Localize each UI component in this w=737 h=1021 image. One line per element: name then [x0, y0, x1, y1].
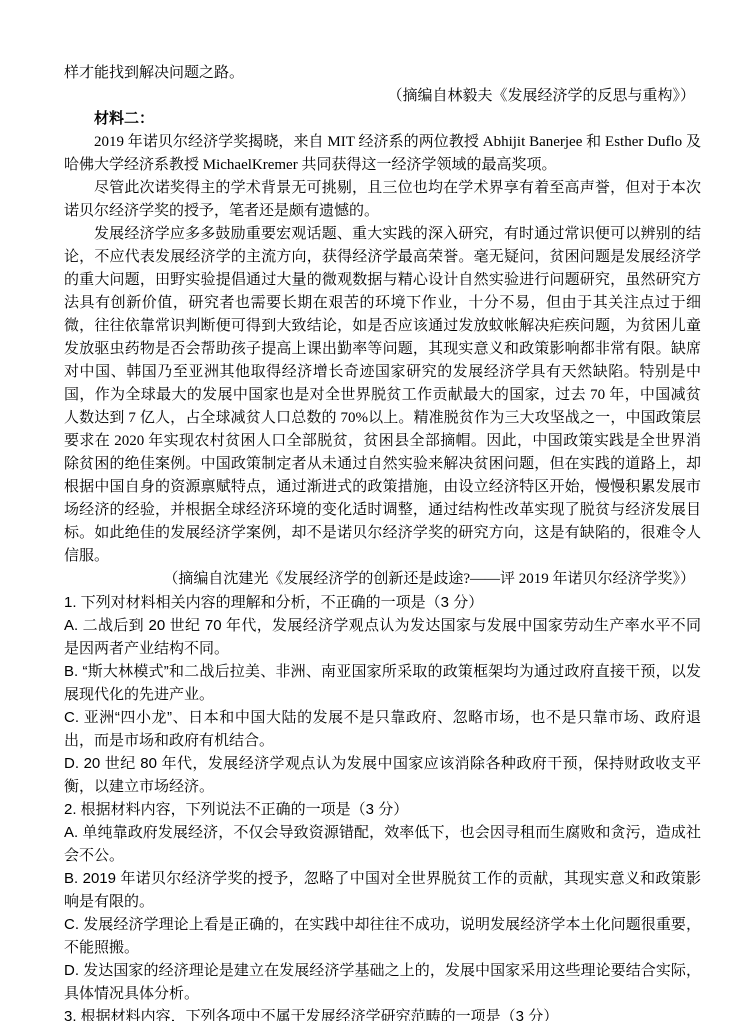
material-section: 样才能找到解决问题之路。 （摘编自林毅夫《发展经济学的反思与重构》） 材料二： … — [64, 62, 701, 591]
question-1-option-a: A. 二战后到 20 世纪 70 年代，发展经济学观点认为发达国家与发展中国家劳… — [64, 614, 701, 660]
question-1: 1. 下列对材料相关内容的理解和分析，不正确的一项是（3 分） A. 二战后到 … — [64, 591, 701, 798]
question-1-option-b: B. “斯大林模式”和二战后拉美、非洲、南亚国家所采取的政策框架均为通过政府直接… — [64, 660, 701, 706]
question-2-option-b: B. 2019 年诺贝尔经济学奖的授予，忽略了中国对全世界脱贫工作的贡献，其现实… — [64, 867, 701, 913]
question-2-option-a: A. 单纯靠政府发展经济，不仅会导致资源错配，效率低下，也会因寻租而生腐败和贪污… — [64, 821, 701, 867]
question-3: 3. 根据材料内容，下列各项中不属于发展经济学研究范畴的一项是（3 分） — [64, 1005, 701, 1021]
question-2-option-c: C. 发展经济学理论上看是正确的，在实践中却往往不成功，说明发展经济学本土化问题… — [64, 913, 701, 959]
previous-paragraph-continuation: 样才能找到解决问题之路。 — [64, 62, 701, 85]
question-3-stem: 3. 根据材料内容，下列各项中不属于发展经济学研究范畴的一项是（3 分） — [64, 1005, 701, 1021]
question-1-option-c: C. 亚洲“四小龙”、日本和中国大陆的发展不是只靠政府、忽略市场，也不是只靠市场… — [64, 706, 701, 752]
exam-page: 样才能找到解决问题之路。 （摘编自林毅夫《发展经济学的反思与重构》） 材料二： … — [0, 0, 737, 1021]
attribution-material-two: （摘编自沈建光《发展经济学的创新还是歧途?——评 2019 年诺贝尔经济学奖》） — [64, 568, 701, 591]
question-2-stem: 2. 根据材料内容，下列说法不正确的一项是（3 分） — [64, 798, 701, 821]
question-2-option-d: D. 发达国家的经济理论是建立在发展经济学基础之上的，发展中国家采用这些理论要结… — [64, 959, 701, 1005]
question-1-stem: 1. 下列对材料相关内容的理解和分析，不正确的一项是（3 分） — [64, 591, 701, 614]
questions-section: 1. 下列对材料相关内容的理解和分析，不正确的一项是（3 分） A. 二战后到 … — [64, 591, 701, 1021]
material-two-paragraph-3: 发展经济学应多多鼓励重要宏观话题、重大实践的深入研究，有时通过常识便可以辨别的结… — [64, 223, 701, 568]
question-1-option-d: D. 20 世纪 80 年代，发展经济学观点认为发展中国家应该消除各种政府干预，… — [64, 752, 701, 798]
material-two-heading: 材料二： — [64, 108, 701, 131]
material-two-paragraph-1: 2019 年诺贝尔经济学奖揭晓，来自 MIT 经济系的两位教授 Abhijit … — [64, 131, 701, 177]
attribution-material-one: （摘编自林毅夫《发展经济学的反思与重构》） — [64, 85, 701, 108]
material-two-paragraph-2: 尽管此次诺奖得主的学术背景无可挑剔，且三位也均在学术界享有着至高声誉，但对于本次… — [64, 177, 701, 223]
question-2: 2. 根据材料内容，下列说法不正确的一项是（3 分） A. 单纯靠政府发展经济，… — [64, 798, 701, 1005]
